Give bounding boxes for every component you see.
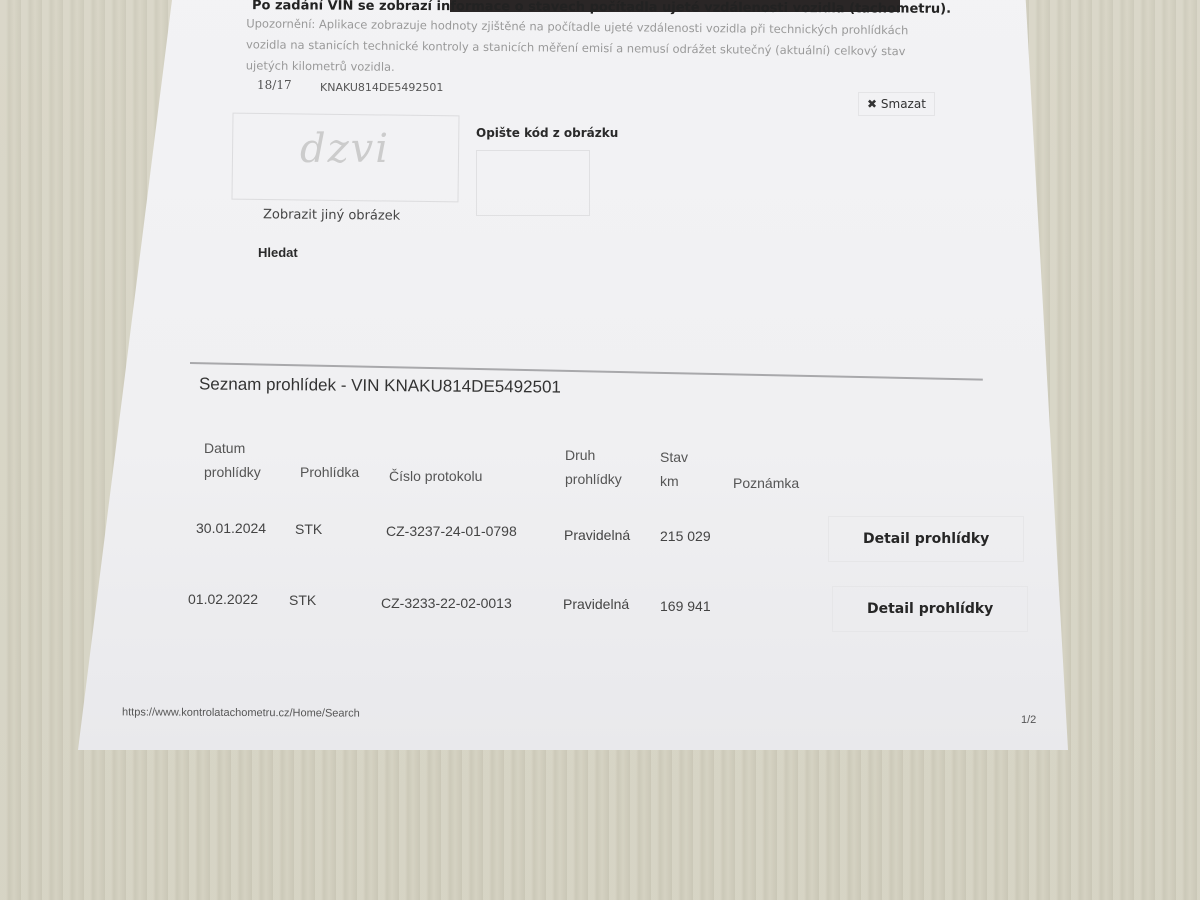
col-header-date: Datum prohlídky (204, 436, 261, 484)
cell-kind: Pravidelná (563, 596, 629, 612)
col-header-kind: Druh prohlídky (565, 443, 622, 491)
clear-button[interactable]: ✖ Smazat (858, 92, 935, 116)
col-header-km: Stav km (660, 445, 688, 493)
cell-km: 215 029 (660, 528, 711, 544)
page-number: 1/2 (1021, 714, 1036, 726)
x-icon: ✖ (867, 97, 877, 111)
col-header-note: Poznámka (733, 471, 799, 495)
vin-input[interactable]: KNAKU814DE5492501 (320, 81, 443, 94)
warning-text: Upozornění: Aplikace zobrazuje hodnoty z… (246, 13, 947, 83)
detail-button[interactable]: Detail prohlídky (832, 586, 1028, 632)
col-header-inspection: Prohlídka (300, 460, 359, 484)
cell-protocol: CZ-3233-22-02-0013 (381, 595, 512, 611)
clear-label: Smazat (881, 97, 926, 111)
cell-protocol: CZ-3237-24-01-0798 (386, 523, 517, 539)
cell-kind: Pravidelná (564, 527, 630, 543)
captcha-label: Opište kód z obrázku (476, 126, 618, 140)
cell-type: STK (295, 521, 322, 537)
search-button[interactable]: Hledat (258, 245, 298, 260)
captcha-input[interactable] (476, 150, 590, 216)
captcha-text: dzvi (300, 126, 390, 172)
vin-char-count: 18/17 (257, 78, 292, 92)
col-header-protocol: Číslo protokolu (389, 464, 482, 488)
results-title: Seznam prohlídek - VIN KNAKU814DE5492501 (199, 374, 561, 397)
cell-type: STK (289, 592, 316, 608)
cell-km: 169 941 (660, 598, 711, 614)
detail-button[interactable]: Detail prohlídky (828, 516, 1024, 562)
cell-date: 30.01.2024 (196, 520, 266, 536)
footer-url: https://www.kontrolatachometru.cz/Home/S… (122, 706, 360, 719)
cell-date: 01.02.2022 (188, 591, 258, 607)
captcha-refresh-link[interactable]: Zobrazit jiný obrázek (263, 207, 400, 223)
